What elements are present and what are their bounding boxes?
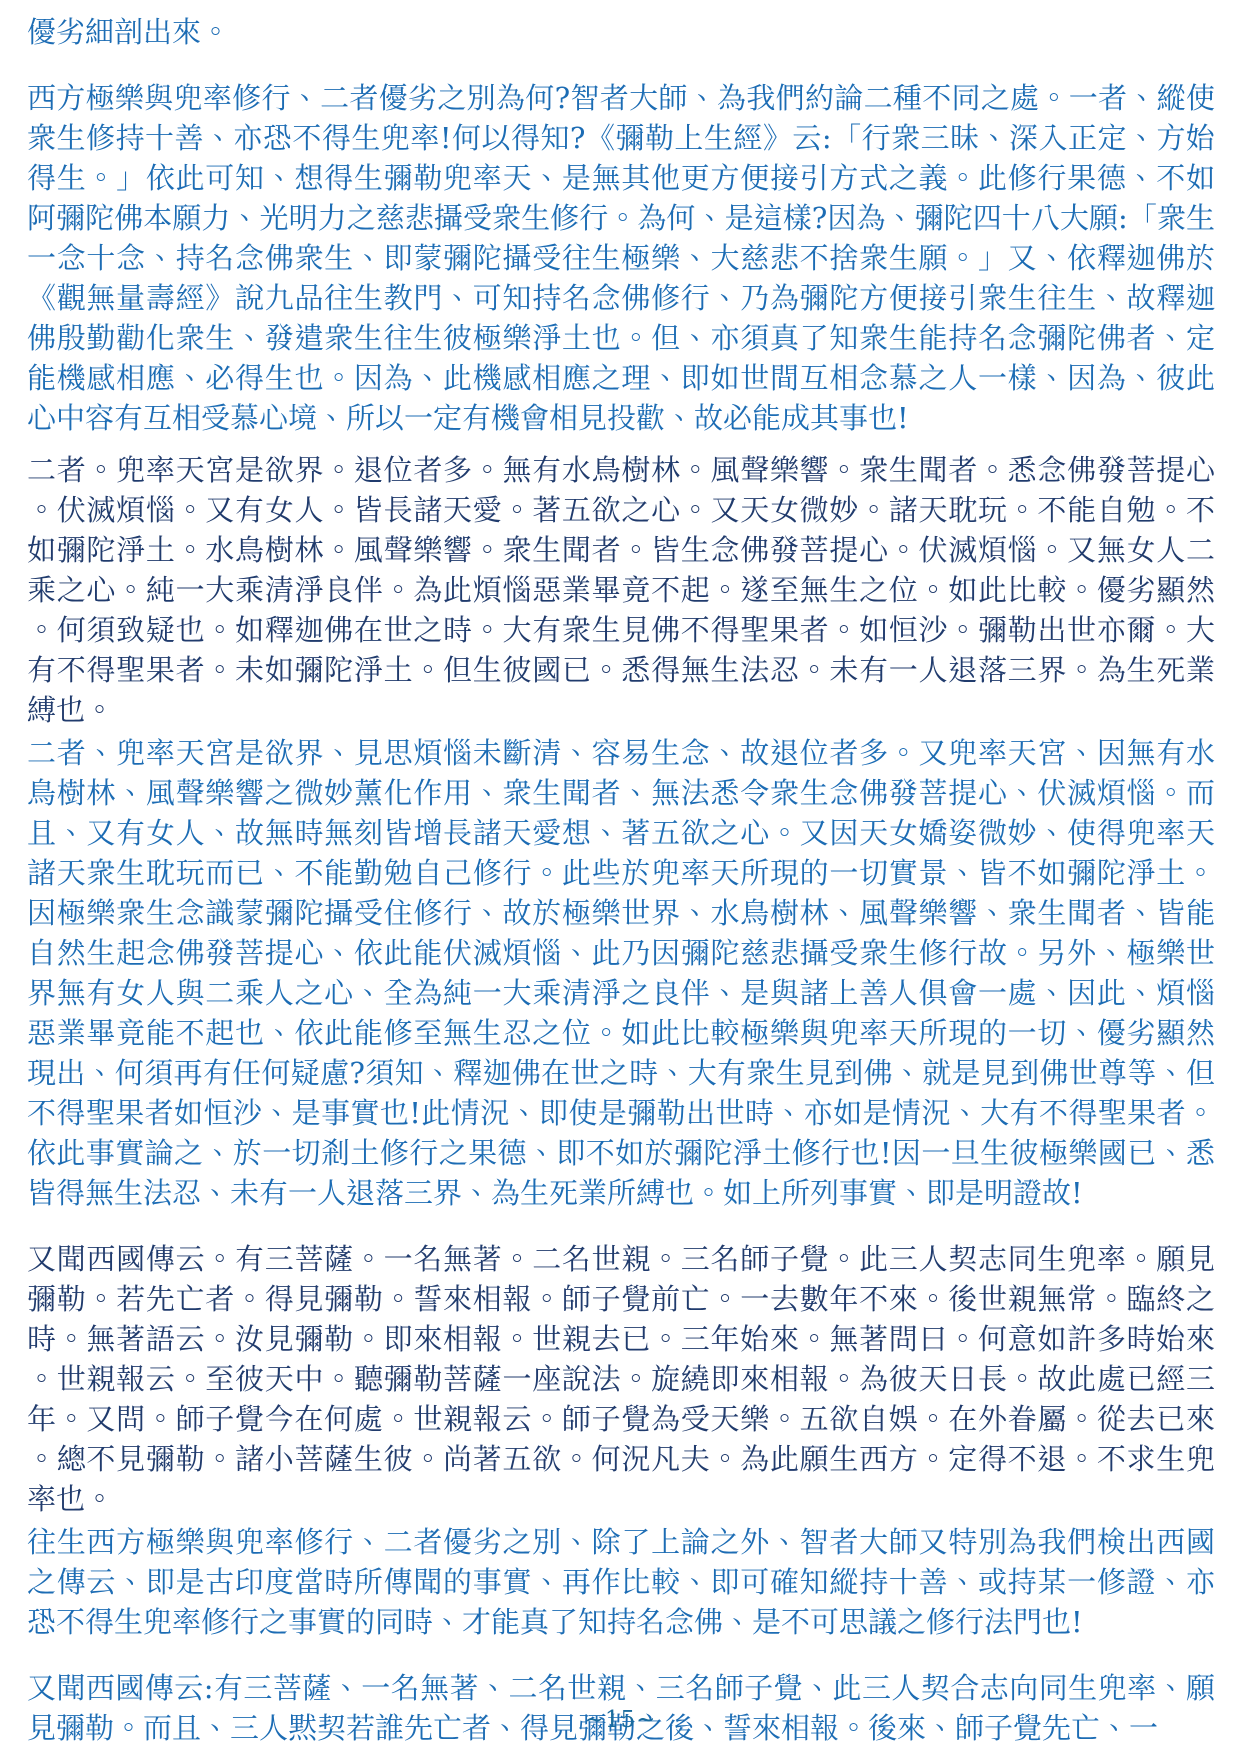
document-text-body: 優劣細剖出來。 西方極樂與兜率修行、二者優劣之別為何?智者大師、為我們約論二種不…	[27, 12, 1215, 1748]
paragraph-quote-tusita: 二者。兜率天宮是欲界。退位者多。無有水鳥樹林。風聲樂響。衆生聞者。悉念佛發菩提心…	[27, 450, 1215, 730]
paragraph-commentary-conclusion: 往生西方極樂與兜率修行、二者優劣之別、除了上論之外、智者大師又特別為我們検出西國…	[27, 1522, 1215, 1642]
paragraph-continuation: 優劣細剖出來。	[27, 12, 1215, 52]
paragraph-quote-three-bodhisattvas: 又聞西國傳云。有三菩薩。一名無著。二名世親。三名師子覺。此三人契志同生兜率。願見…	[27, 1239, 1215, 1519]
page-number: ~15~	[0, 1707, 1241, 1733]
paragraph-commentary-comparison: 西方極樂與兜率修行、二者優劣之別為何?智者大師、為我們約論二種不同之處。一者、縱…	[27, 78, 1215, 438]
paragraph-commentary-tusita: 二者、兜率天宮是欲界、見思煩惱未斷清、容易生念、故退位者多。又兜率天宮、因無有水…	[27, 733, 1215, 1213]
document-page: 優劣細剖出來。 西方極樂與兜率修行、二者優劣之別為何?智者大師、為我們約論二種不…	[0, 0, 1241, 1755]
